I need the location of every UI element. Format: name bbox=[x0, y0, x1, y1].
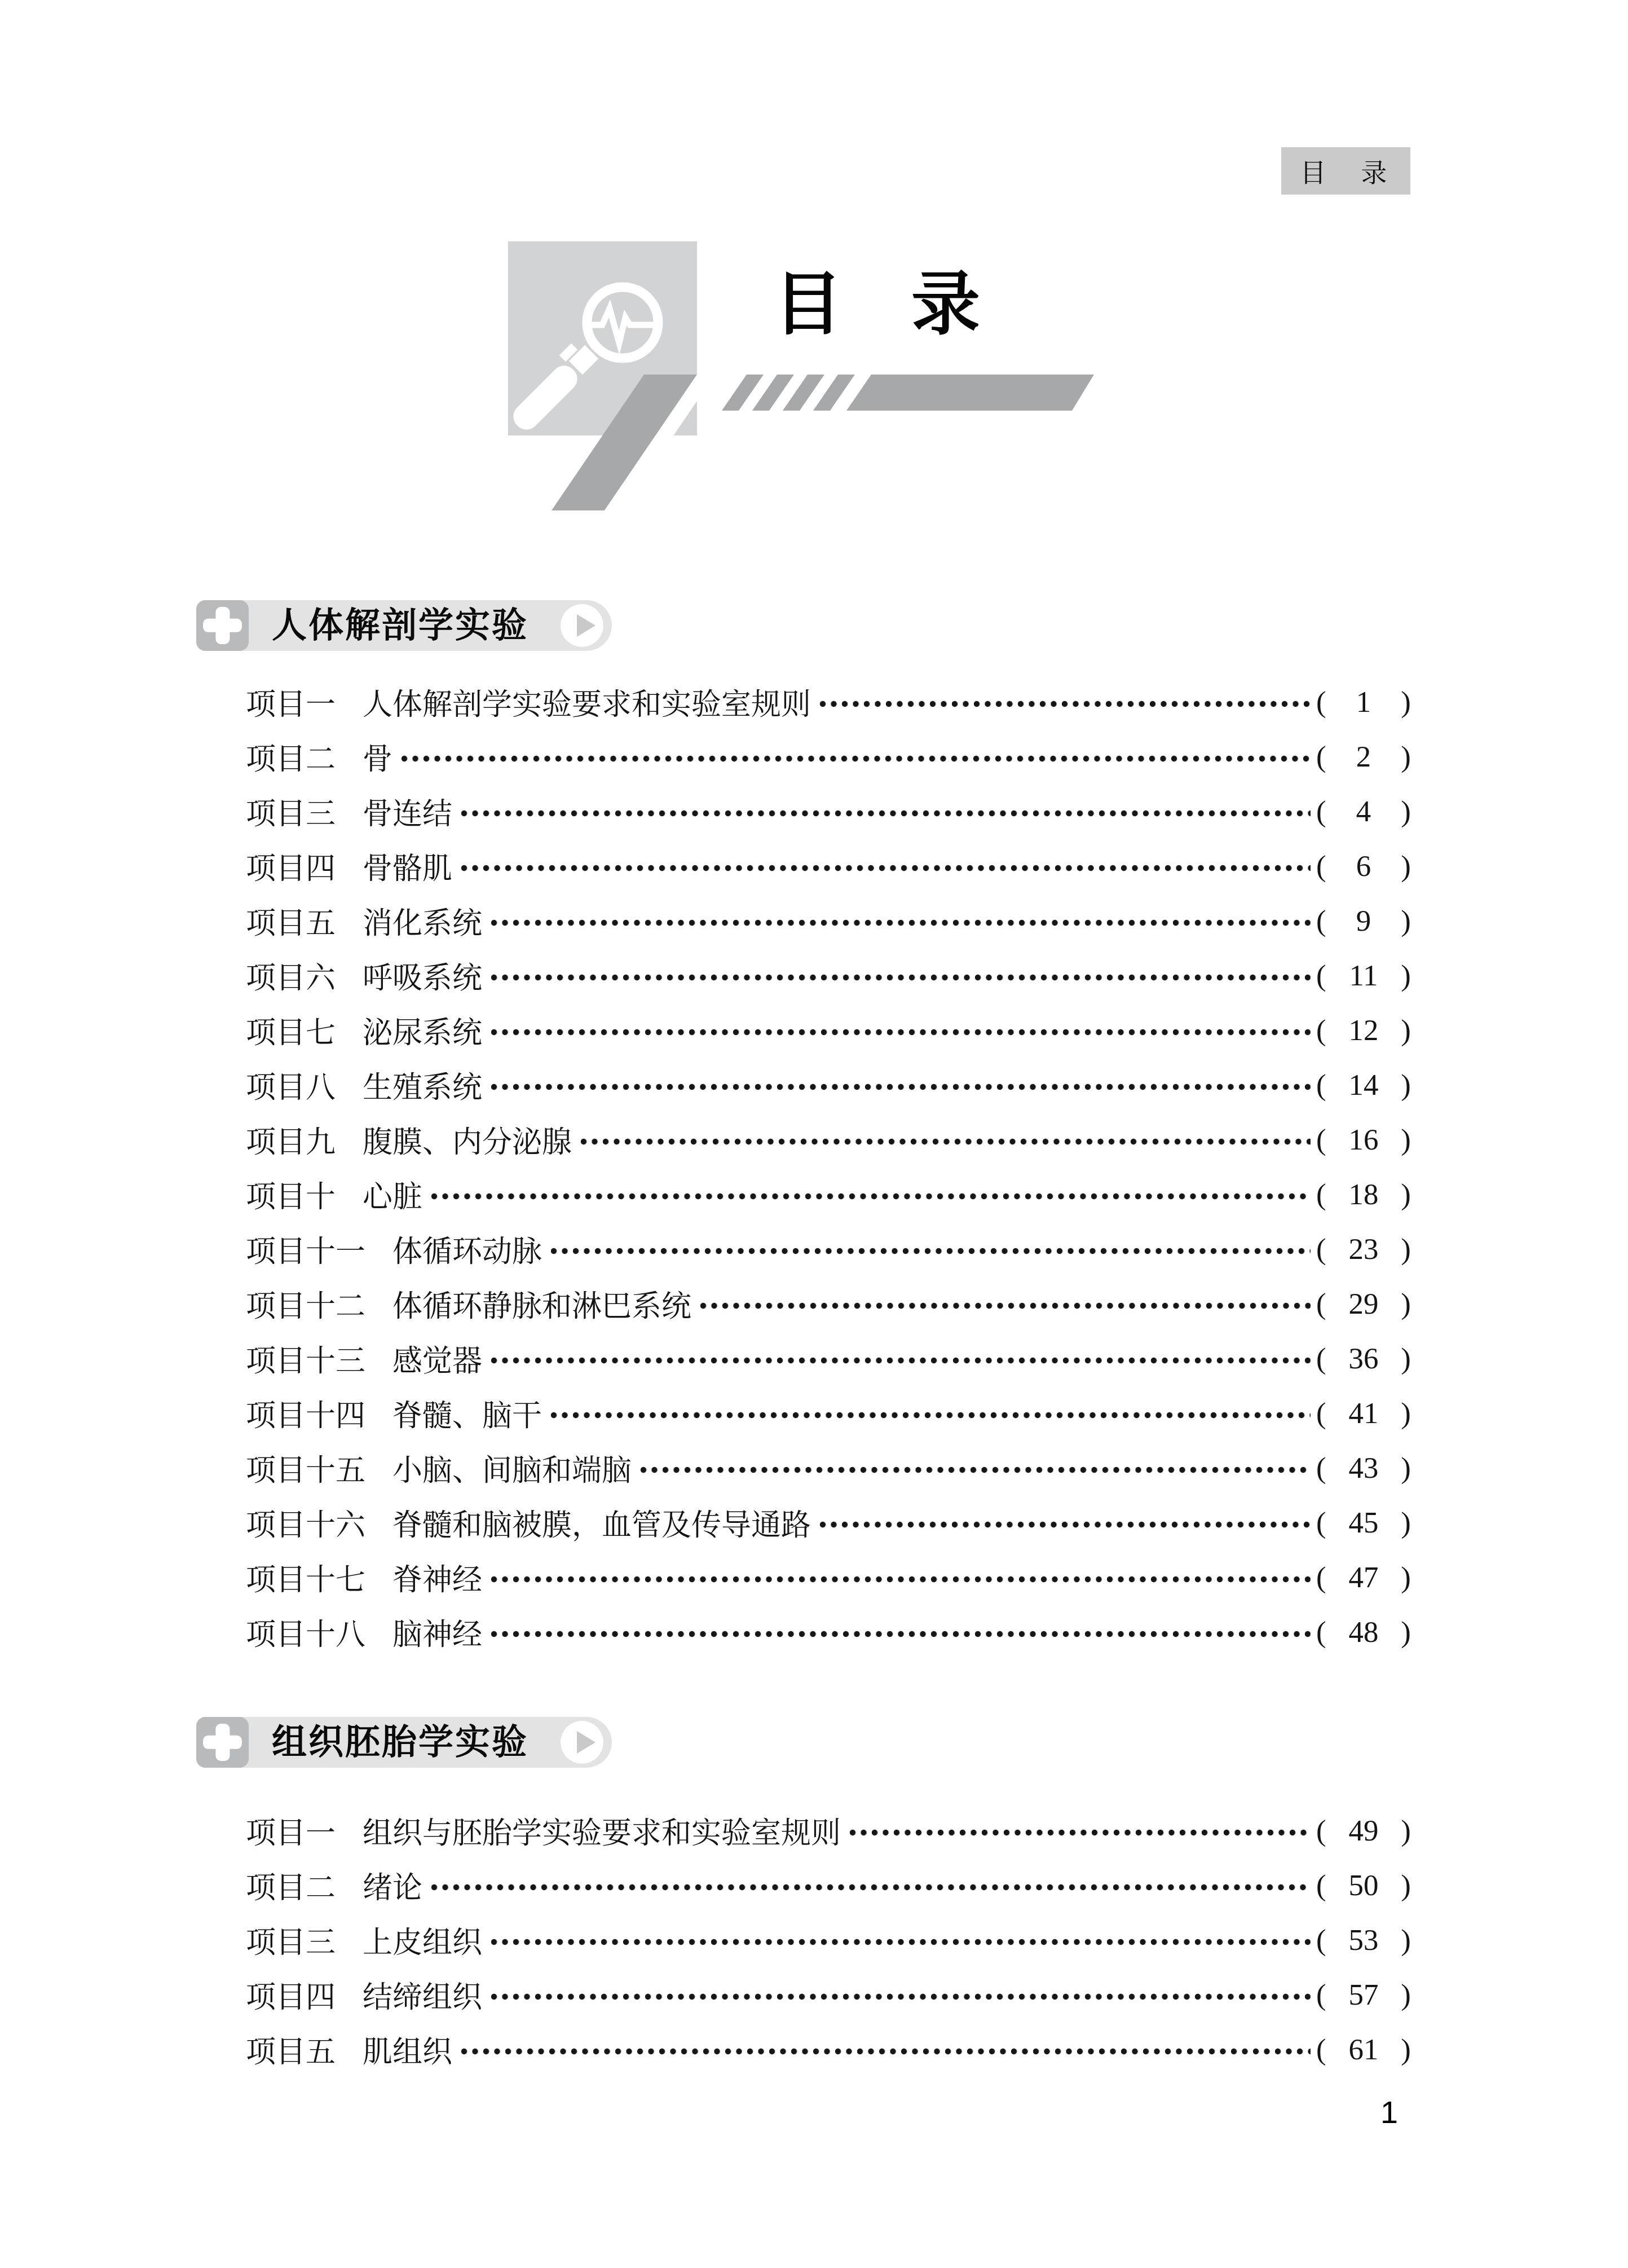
toc-entry-page: (16) bbox=[1316, 1123, 1411, 1157]
paren-close: ) bbox=[1401, 1506, 1411, 1540]
toc-entry-title: 绪论 bbox=[363, 1864, 422, 1907]
toc-entry-title: 骨骼肌 bbox=[363, 845, 452, 888]
paren-close: ) bbox=[1401, 1014, 1411, 1047]
section-header-anatomy: 人体解剖学实验 bbox=[196, 600, 612, 651]
page-num: 43 bbox=[1349, 1451, 1379, 1485]
paren-open: ( bbox=[1316, 1615, 1326, 1649]
page-num: 9 bbox=[1356, 904, 1371, 938]
page-num: 23 bbox=[1349, 1232, 1379, 1266]
page-num: 47 bbox=[1349, 1561, 1379, 1595]
toc-entry[interactable]: 项目十七 脊神经 (47) bbox=[246, 1550, 1411, 1605]
paren-open: ( bbox=[1316, 685, 1326, 719]
toc-entry[interactable]: 项目一 组织与胚胎学实验要求和实验室规则 (49) bbox=[246, 1803, 1411, 1858]
paren-close: ) bbox=[1401, 1923, 1411, 1957]
toc-entry[interactable]: 项目五 肌组织 (61) bbox=[246, 2022, 1411, 2077]
page-num: 50 bbox=[1349, 1869, 1379, 1903]
paren-close: ) bbox=[1401, 1814, 1411, 1848]
toc-entry-label: 项目十七 bbox=[246, 1556, 365, 1599]
paren-close: ) bbox=[1401, 959, 1411, 993]
toc-entry-page: (11) bbox=[1316, 959, 1411, 993]
dot-leader bbox=[491, 974, 1311, 981]
toc-entry-title: 骨 bbox=[363, 736, 392, 778]
paren-close: ) bbox=[1401, 1451, 1411, 1485]
paren-open: ( bbox=[1316, 904, 1326, 938]
paren-close: ) bbox=[1401, 685, 1411, 719]
paren-open: ( bbox=[1316, 1814, 1326, 1848]
dot-leader bbox=[850, 1829, 1311, 1836]
dot-leader bbox=[820, 701, 1311, 707]
paren-open: ( bbox=[1316, 1014, 1326, 1047]
paren-open: ( bbox=[1316, 1923, 1326, 1957]
dot-leader bbox=[402, 755, 1311, 762]
paren-open: ( bbox=[1316, 1506, 1326, 1540]
page-num: 2 bbox=[1356, 740, 1371, 774]
toc-entry[interactable]: 项目九 腹膜、内分泌腺 (16) bbox=[246, 1112, 1411, 1167]
page-num: 53 bbox=[1349, 1923, 1379, 1957]
page-num: 14 bbox=[1349, 1068, 1379, 1102]
dot-leader bbox=[491, 1631, 1311, 1637]
running-head: 目 录 bbox=[1281, 147, 1410, 195]
section-header-histology: 组织胚胎学实验 bbox=[196, 1717, 612, 1768]
dot-leader bbox=[641, 1467, 1311, 1473]
toc-entry-label: 项目十三 bbox=[246, 1337, 365, 1380]
paren-open: ( bbox=[1316, 1068, 1326, 1102]
paren-close: ) bbox=[1401, 1869, 1411, 1903]
dot-leader bbox=[431, 1884, 1311, 1891]
dot-leader bbox=[491, 1084, 1311, 1090]
toc-entry-page: (36) bbox=[1316, 1342, 1411, 1376]
toc-entry[interactable]: 项目四 骨骼肌 (6) bbox=[246, 839, 1411, 893]
paren-close: ) bbox=[1401, 1287, 1411, 1321]
toc-entry[interactable]: 项目四 结缔组织 (57) bbox=[246, 1967, 1411, 2022]
toc-entry-title: 感觉器 bbox=[392, 1337, 482, 1380]
page-num: 6 bbox=[1356, 849, 1371, 883]
toc-entry-page: (48) bbox=[1316, 1615, 1411, 1649]
toc-entry[interactable]: 项目二 骨 (2) bbox=[246, 729, 1411, 784]
toc-entry-page: (53) bbox=[1316, 1923, 1411, 1957]
toc-entry-page: (45) bbox=[1316, 1506, 1411, 1540]
toc-entry-title: 人体解剖学实验要求和实验室规则 bbox=[363, 681, 811, 724]
toc-entry-label: 项目十一 bbox=[246, 1228, 365, 1271]
play-arrow-icon bbox=[561, 1721, 603, 1764]
toc-entry-title: 生殖系统 bbox=[363, 1064, 482, 1107]
toc-entry-page: (4) bbox=[1316, 795, 1411, 829]
toc-entry-title: 体循环静脉和淋巴系统 bbox=[392, 1283, 691, 1325]
toc-entry-label: 项目七 bbox=[246, 1009, 336, 1052]
toc-entry-label: 项目一 bbox=[246, 1809, 336, 1852]
toc-entry-label: 项目九 bbox=[246, 1118, 336, 1161]
toc-entry-label: 项目十五 bbox=[246, 1447, 365, 1490]
toc-entry[interactable]: 项目十八 脑神经 (48) bbox=[246, 1605, 1411, 1659]
dot-leader bbox=[461, 2048, 1311, 2055]
paren-open: ( bbox=[1316, 1978, 1326, 2012]
paren-close: ) bbox=[1401, 1178, 1411, 1212]
page-num: 1 bbox=[1356, 685, 1371, 719]
toc-entry-title: 上皮组织 bbox=[363, 1919, 482, 1962]
dot-leader bbox=[551, 1248, 1311, 1254]
page-num: 48 bbox=[1349, 1615, 1379, 1649]
toc-entry[interactable]: 项目十四 脊髓、脑干 (41) bbox=[246, 1386, 1411, 1441]
toc-entry-label: 项目二 bbox=[246, 736, 336, 778]
toc-page: 目 录 目 录 人体解剖学实验 bbox=[0, 0, 1628, 2268]
play-arrow-icon bbox=[561, 604, 603, 647]
toc-entry-page: (50) bbox=[1316, 1869, 1411, 1903]
toc-entry[interactable]: 项目一 人体解剖学实验要求和实验室规则 (1) bbox=[246, 675, 1411, 729]
paren-open: ( bbox=[1316, 1869, 1326, 1903]
paren-open: ( bbox=[1316, 1232, 1326, 1266]
toc-entry-page: (18) bbox=[1316, 1178, 1411, 1212]
paren-close: ) bbox=[1401, 1123, 1411, 1157]
toc-entry-title: 消化系统 bbox=[363, 900, 482, 943]
dot-leader bbox=[551, 1412, 1311, 1419]
slash-banner bbox=[552, 375, 1094, 510]
toc-entry[interactable]: 项目六 呼吸系统 (11) bbox=[246, 948, 1411, 1003]
dot-leader bbox=[491, 1576, 1311, 1583]
toc-entry-label: 项目十四 bbox=[246, 1392, 365, 1435]
page-number: 1 bbox=[1380, 2094, 1398, 2130]
toc-entry[interactable]: 项目二 绪论 (50) bbox=[246, 1858, 1411, 1913]
toc-entry[interactable]: 项目五 消化系统 (9) bbox=[246, 893, 1411, 948]
paren-open: ( bbox=[1316, 740, 1326, 774]
toc-entry-page: (29) bbox=[1316, 1287, 1411, 1321]
paren-close: ) bbox=[1401, 1978, 1411, 2012]
toc-entry-title: 泌尿系统 bbox=[363, 1009, 482, 1052]
toc-entry-page: (41) bbox=[1316, 1397, 1411, 1430]
running-head-label: 目 录 bbox=[1300, 152, 1392, 190]
toc-entry-title: 脊髓和脑被膜，血管及传导通路 bbox=[392, 1501, 811, 1544]
toc-entry-label: 项目四 bbox=[246, 1974, 336, 2016]
toc-entry[interactable]: 项目三 上皮组织 (53) bbox=[246, 1913, 1411, 1967]
toc-entry-label: 项目五 bbox=[246, 900, 336, 943]
paren-open: ( bbox=[1316, 795, 1326, 829]
dot-leader bbox=[431, 1193, 1311, 1200]
toc-entry-title: 腹膜、内分泌腺 bbox=[363, 1118, 572, 1161]
toc-entry[interactable]: 项目十三 感觉器 (36) bbox=[246, 1331, 1411, 1386]
paren-open: ( bbox=[1316, 1342, 1326, 1376]
toc-entry[interactable]: 项目十六 脊髓和脑被膜，血管及传导通路 (45) bbox=[246, 1495, 1411, 1550]
dot-leader bbox=[491, 1357, 1311, 1364]
toc-entry-label: 项目二 bbox=[246, 1864, 336, 1907]
toc-entry-label: 项目十六 bbox=[246, 1501, 365, 1544]
toc-entry[interactable]: 项目八 生殖系统 (14) bbox=[246, 1058, 1411, 1112]
dot-leader bbox=[491, 1029, 1311, 1036]
toc-entry-label: 项目三 bbox=[246, 790, 336, 833]
paren-close: ) bbox=[1401, 1232, 1411, 1266]
paren-close: ) bbox=[1401, 1068, 1411, 1102]
paren-open: ( bbox=[1316, 849, 1326, 883]
toc-entry-page: (57) bbox=[1316, 1978, 1411, 2012]
dot-leader bbox=[461, 865, 1311, 871]
toc-entry-label: 项目一 bbox=[246, 681, 336, 724]
toc-entry-title: 脊髓、脑干 bbox=[392, 1392, 542, 1435]
toc-entry-page: (6) bbox=[1316, 849, 1411, 883]
page-num: 49 bbox=[1349, 1814, 1379, 1848]
toc-entry[interactable]: 项目十二 体循环静脉和淋巴系统 (29) bbox=[246, 1276, 1411, 1331]
paren-open: ( bbox=[1316, 959, 1326, 993]
paren-open: ( bbox=[1316, 1561, 1326, 1595]
paren-open: ( bbox=[1316, 1397, 1326, 1430]
toc-entry-title: 脑神经 bbox=[392, 1611, 482, 1654]
toc-entry-title: 骨连结 bbox=[363, 790, 452, 833]
page-num: 45 bbox=[1349, 1506, 1379, 1540]
paren-open: ( bbox=[1316, 1287, 1326, 1321]
paren-close: ) bbox=[1401, 1397, 1411, 1430]
toc-entry-page: (9) bbox=[1316, 904, 1411, 938]
paren-open: ( bbox=[1316, 2033, 1326, 2067]
toc-entry-title: 肌组织 bbox=[363, 2028, 452, 2071]
page-num: 61 bbox=[1349, 2033, 1379, 2067]
dot-leader bbox=[491, 919, 1311, 926]
page-num: 12 bbox=[1349, 1014, 1379, 1047]
dot-leader bbox=[461, 810, 1311, 817]
dot-leader bbox=[491, 1993, 1311, 2000]
page-num: 36 bbox=[1349, 1342, 1379, 1376]
toc-entry-label: 项目三 bbox=[246, 1919, 336, 1962]
toc-entry-label: 项目十八 bbox=[246, 1611, 365, 1654]
dot-leader bbox=[491, 1939, 1311, 1945]
toc-entry-page: (49) bbox=[1316, 1814, 1411, 1848]
toc-entry-label: 项目六 bbox=[246, 954, 336, 997]
page-num: 11 bbox=[1349, 959, 1378, 993]
paren-close: ) bbox=[1401, 904, 1411, 938]
paren-open: ( bbox=[1316, 1451, 1326, 1485]
toc-entry-page: (23) bbox=[1316, 1232, 1411, 1266]
toc-entry-label: 项目五 bbox=[246, 2028, 336, 2071]
toc-entry[interactable]: 项目三 骨连结 (4) bbox=[246, 784, 1411, 839]
page-num: 41 bbox=[1349, 1397, 1379, 1430]
page-title: 目 录 bbox=[774, 264, 980, 346]
paren-close: ) bbox=[1401, 849, 1411, 883]
medical-cross-icon bbox=[196, 1717, 249, 1768]
paren-close: ) bbox=[1401, 1615, 1411, 1649]
toc-entry-title: 小脑、间脑和端脑 bbox=[392, 1447, 632, 1490]
toc-entry-title: 脊神经 bbox=[392, 1556, 482, 1599]
toc-entry-label: 项目十 bbox=[246, 1173, 336, 1216]
toc-entry-label: 项目十二 bbox=[246, 1283, 365, 1325]
page-num: 16 bbox=[1349, 1123, 1379, 1157]
paren-close: ) bbox=[1401, 740, 1411, 774]
toc-entry-page: (47) bbox=[1316, 1561, 1411, 1595]
page-num: 4 bbox=[1356, 795, 1371, 829]
paren-close: ) bbox=[1401, 1561, 1411, 1595]
toc-list-anatomy: 项目一 人体解剖学实验要求和实验室规则 (1) 项目二 骨 (2) 项目三 骨连… bbox=[246, 675, 1411, 1659]
toc-entry-page: (12) bbox=[1316, 1014, 1411, 1047]
section-title: 组织胚胎学实验 bbox=[272, 1717, 528, 1768]
paren-open: ( bbox=[1316, 1178, 1326, 1212]
toc-entry-page: (1) bbox=[1316, 685, 1411, 719]
toc-entry-page: (61) bbox=[1316, 2033, 1411, 2067]
medical-cross-icon bbox=[196, 600, 249, 651]
page-num: 57 bbox=[1349, 1978, 1379, 2012]
toc-entry-page: (14) bbox=[1316, 1068, 1411, 1102]
toc-entry-title: 呼吸系统 bbox=[363, 954, 482, 997]
paren-close: ) bbox=[1401, 1342, 1411, 1376]
toc-entry-title: 结缔组织 bbox=[363, 1974, 482, 2016]
section-title: 人体解剖学实验 bbox=[272, 600, 528, 651]
toc-entry-label: 项目四 bbox=[246, 845, 336, 888]
toc-entry[interactable]: 项目十五 小脑、间脑和端脑 (43) bbox=[246, 1441, 1411, 1495]
toc-entry-title: 心脏 bbox=[363, 1173, 422, 1216]
toc-entry-title: 体循环动脉 bbox=[392, 1228, 542, 1271]
toc-entry[interactable]: 项目七 泌尿系统 (12) bbox=[246, 1003, 1411, 1058]
toc-entry[interactable]: 项目十一 体循环动脉 (23) bbox=[246, 1222, 1411, 1276]
toc-list-histology: 项目一 组织与胚胎学实验要求和实验室规则 (49) 项目二 绪论 (50) 项目… bbox=[246, 1803, 1411, 2077]
page-num: 18 bbox=[1349, 1178, 1379, 1212]
page-num: 29 bbox=[1349, 1287, 1379, 1321]
dot-leader bbox=[700, 1302, 1311, 1309]
paren-open: ( bbox=[1316, 1123, 1326, 1157]
dot-leader bbox=[820, 1521, 1311, 1528]
toc-entry-label: 项目八 bbox=[246, 1064, 336, 1107]
toc-entry-page: (43) bbox=[1316, 1451, 1411, 1485]
toc-entry-title: 组织与胚胎学实验要求和实验室规则 bbox=[363, 1809, 841, 1852]
toc-entry[interactable]: 项目十 心脏 (18) bbox=[246, 1167, 1411, 1222]
paren-close: ) bbox=[1401, 2033, 1411, 2067]
dot-leader bbox=[581, 1138, 1311, 1145]
toc-entry-page: (2) bbox=[1316, 740, 1411, 774]
paren-close: ) bbox=[1401, 795, 1411, 829]
